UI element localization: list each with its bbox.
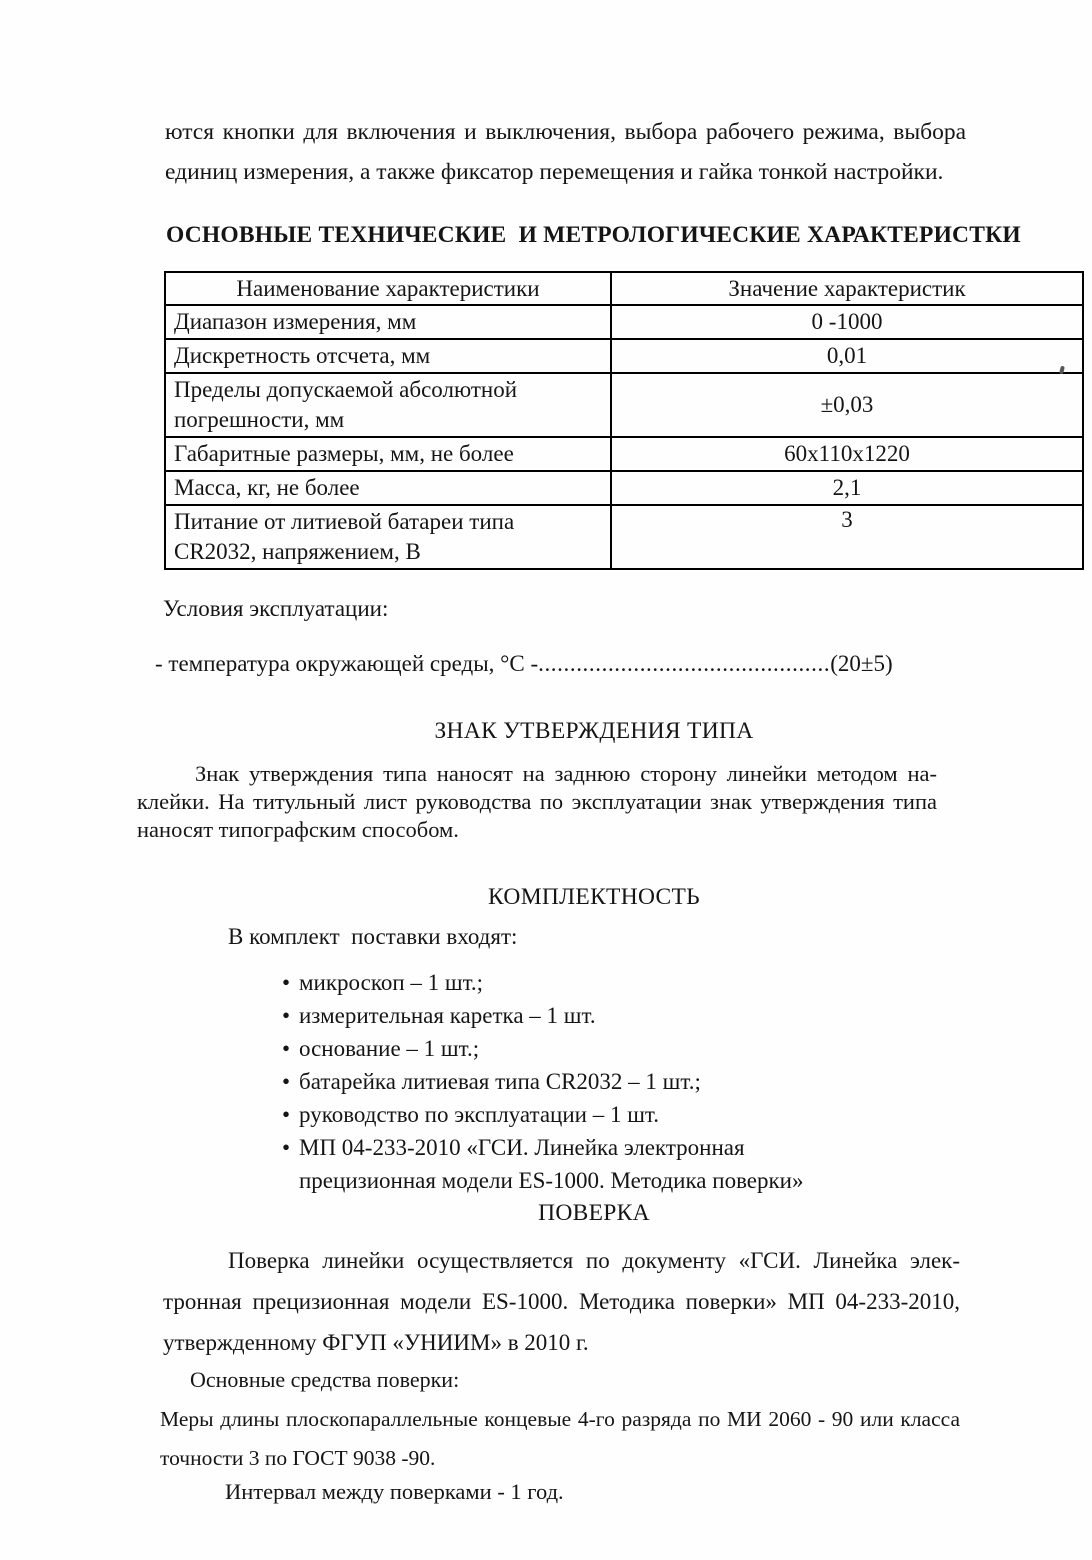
completeness-intro: В комплект поставки входят: [228,924,517,950]
table-row: Масса, кг, не более 2,1 [165,471,1083,505]
row-name: Пределы допускаемой абсолютной погрешнос… [165,373,611,437]
table-row: Пределы допускаемой абсолютной погрешнос… [165,373,1083,437]
list-item-continuation: прецизионная модели ES-1000. Методика по… [282,1164,1002,1197]
temperature-condition-line: - температура окружающей среды, °С -....… [155,651,955,677]
specs-table: Наименование характеристики Значение хар… [164,271,1082,570]
list-item: •микроскоп – 1 шт.; [282,966,1002,999]
list-item-text: руководство по эксплуатации – 1 шт. [299,1102,659,1127]
column-header-value: Значение характеристик [611,272,1083,305]
table-header-row: Наименование характеристики Значение хар… [165,272,1083,305]
bullet-icon: • [282,1131,299,1164]
list-item: •основание – 1 шт.; [282,1032,1002,1065]
list-item: •батарейка литиевая типа CR2032 – 1 шт.; [282,1065,1002,1098]
bullet-icon: • [282,1032,299,1065]
row-name: Габаритные размеры, мм, не более [165,437,611,471]
document-page: ются кнопки для включения и выключения, … [0,0,1092,1560]
table-row: Дискретность отсчета, мм 0,01 [165,339,1083,373]
row-value: 0 -1000 [611,305,1083,339]
paragraph-line: Поверка линейки осуществляется по докуме… [163,1240,960,1281]
list-item-text: измерительная каретка – 1 шт. [299,1003,596,1028]
list-item-text: МП 04-233-2010 «ГСИ. Линейка электронная [299,1135,745,1160]
list-item-text: основание – 1 шт.; [299,1036,479,1061]
bullet-icon: • [282,1065,299,1098]
row-value: 3 [611,505,1083,569]
type-approval-heading: ЗНАК УТВЕРЖДЕНИЯ ТИПА [165,718,1023,745]
intro-line: единиц измерения, а также фиксатор перем… [165,152,966,192]
paragraph-line: Знак утверждения типа наносят на заднюю … [137,760,937,788]
column-header-name: Наименование характеристики [165,272,611,305]
row-name: Питание от литиевой батареи типа CR2032,… [165,505,611,569]
dot-leader: ........................................… [538,651,830,676]
row-name: Масса, кг, не более [165,471,611,505]
paragraph-line: утвержденному ФГУП «УНИИМ» в 2010 г. [163,1322,960,1363]
verification-means-paragraph: Меры длины плоскопараллельные концевые 4… [160,1400,960,1478]
verification-interval: Интервал между поверками - 1 год. [225,1479,564,1505]
table-row: Габаритные размеры, мм, не более 60х110х… [165,437,1083,471]
paragraph-line: точности 3 по ГОСТ 9038 -90. [160,1439,960,1478]
temperature-value: (20±5) [830,651,892,676]
paragraph-line: Меры длины плоскопараллельные концевые 4… [160,1400,960,1439]
temperature-label: - температура окружающей среды, °С - [155,651,538,676]
verification-means-title: Основные средства поверки: [190,1367,459,1393]
row-value: 0,01 [611,339,1083,373]
intro-paragraph: ются кнопки для включения и выключения, … [165,112,966,192]
list-item: •МП 04-233-2010 «ГСИ. Линейка электронна… [282,1131,1002,1164]
table-row: Диапазон измерения, мм 0 -1000 [165,305,1083,339]
type-approval-paragraph: Знак утверждения типа наносят на заднюю … [137,760,937,844]
conditions-title: Условия эксплуатации: [163,596,388,622]
list-item: •руководство по эксплуатации – 1 шт. [282,1098,1002,1131]
specs-section-heading: ОСНОВНЫЕ ТЕХНИЧЕСКИЕ И МЕТРОЛОГИЧЕСКИЕ Х… [166,222,1046,249]
table-row: Питание от литиевой батареи типа CR2032,… [165,505,1083,569]
row-name: Дискретность отсчета, мм [165,339,611,373]
paragraph-line: наносят типографским способом. [137,816,937,844]
verification-paragraph: Поверка линейки осуществляется по докуме… [163,1240,960,1363]
bullet-icon: • [282,966,299,999]
list-item: •измерительная каретка – 1 шт. [282,999,1002,1032]
list-item-text: микроскоп – 1 шт.; [299,970,483,995]
intro-line: ются кнопки для включения и выключения, … [165,112,966,152]
paragraph-line: клейки. На титульный лист руководства по… [137,788,937,816]
list-item-text: батарейка литиевая типа CR2032 – 1 шт.; [299,1069,701,1094]
row-value: 60х110х1220 [611,437,1083,471]
verification-heading: ПОВЕРКА [165,1200,1023,1227]
row-value: 2,1 [611,471,1083,505]
paragraph-line: тронная прецизионная модели ES-1000. Мет… [163,1281,960,1322]
completeness-heading: КОМПЛЕКТНОСТЬ [165,884,1023,911]
completeness-list: •микроскоп – 1 шт.; •измерительная карет… [282,966,1002,1197]
row-value: ±0,03 [611,373,1083,437]
row-name: Диапазон измерения, мм [165,305,611,339]
bullet-icon: • [282,1098,299,1131]
bullet-icon: • [282,999,299,1032]
